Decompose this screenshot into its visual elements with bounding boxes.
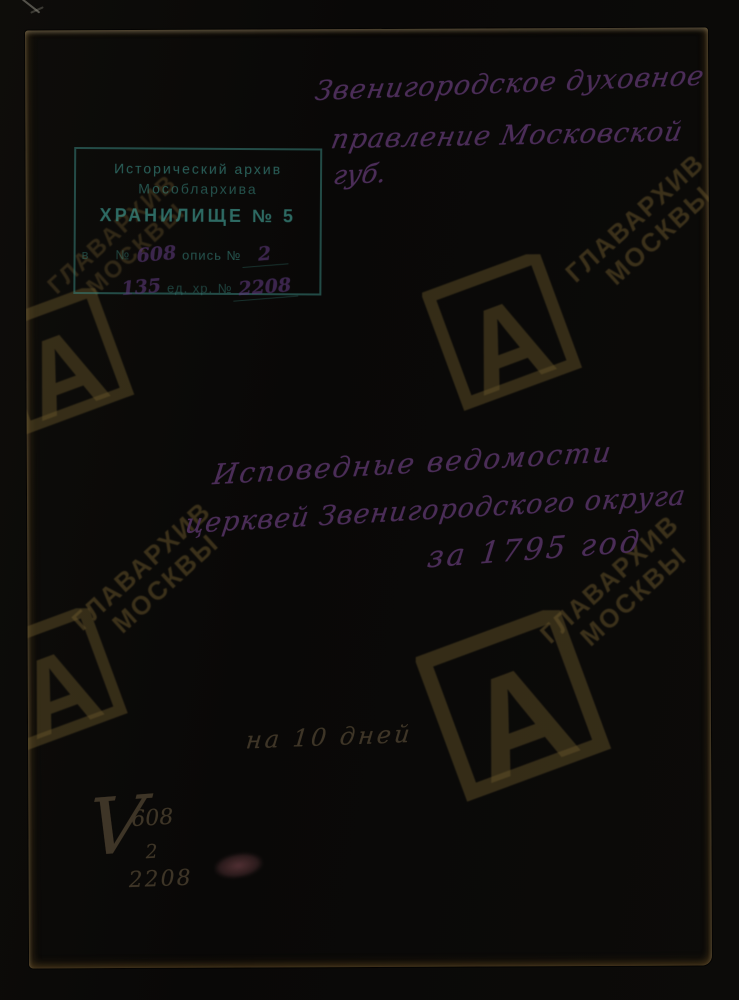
- glavarkhiv-logo-icon: А: [25, 288, 137, 441]
- watermark-logo-letter: А: [444, 630, 595, 809]
- stamp-unit-label: ед. хр. №: [167, 281, 233, 296]
- handwritten-header-line2: правление Московской: [329, 116, 686, 155]
- stamp-line1: Исторический архив: [76, 160, 320, 177]
- stamp-fond-prefix: в: [82, 247, 90, 262]
- stamp-opis-label: опись №: [182, 248, 241, 263]
- watermark-logo-letter: А: [25, 622, 115, 758]
- handwritten-header-line3: губ.: [331, 159, 389, 191]
- handwritten-delo-number: 2208: [128, 866, 193, 893]
- glavarkhiv-logo-icon: А: [422, 254, 585, 417]
- scan-background: ГЛАВАРХИВ МОСКВЫ ГЛАВАРХИВ МОСКВЫ ГЛАВАР…: [0, 0, 739, 1000]
- handwritten-fond-number: 608: [131, 805, 174, 832]
- watermark-line2: МОСКВЫ: [600, 170, 712, 291]
- watermark-line1: ГЛАВАРХИВ: [560, 148, 710, 288]
- watermark-logo-letter: А: [445, 269, 569, 417]
- stamp-line2: Мособлархива: [76, 180, 320, 197]
- stamp-fond-value: 608: [130, 241, 183, 267]
- stamp-fond-label: №: [115, 247, 130, 262]
- stamp-unit-value: 2208: [232, 274, 299, 302]
- archive-storage-stamp: Исторический архив Мособлархива ХРАНИЛИЩ…: [73, 147, 322, 296]
- stamp-fond-row: в № 608 опись № 2: [82, 239, 310, 263]
- glavarkhiv-logo-icon: А: [25, 608, 130, 759]
- handwritten-pages-note: на 10 дней: [245, 720, 414, 755]
- handwritten-title-line1: Исповедные ведомости: [211, 435, 615, 491]
- watermark-logo-letter: А: [25, 303, 122, 441]
- archive-folder-cover: ГЛАВАРХИВ МОСКВЫ ГЛАВАРХИВ МОСКВЫ ГЛАВАР…: [25, 28, 712, 969]
- stamp-opis-value: 2: [241, 241, 289, 268]
- stamp-unit-handwritten: 135: [115, 274, 168, 300]
- faded-pink-mark: [213, 850, 264, 881]
- watermark-text: ГЛАВАРХИВ МОСКВЫ: [560, 148, 712, 310]
- stamp-unit-row: 135 ед. хр. № 2208: [115, 272, 309, 296]
- handwritten-header-line1: Звенигородское духовное: [313, 61, 707, 108]
- handwritten-title-line3: за 1795 год: [425, 524, 644, 575]
- glavarkhiv-logo-icon: А: [415, 610, 614, 809]
- handwritten-opis-number: 2: [145, 841, 158, 864]
- stamp-line3: ХРАНИЛИЩЕ № 5: [76, 205, 320, 227]
